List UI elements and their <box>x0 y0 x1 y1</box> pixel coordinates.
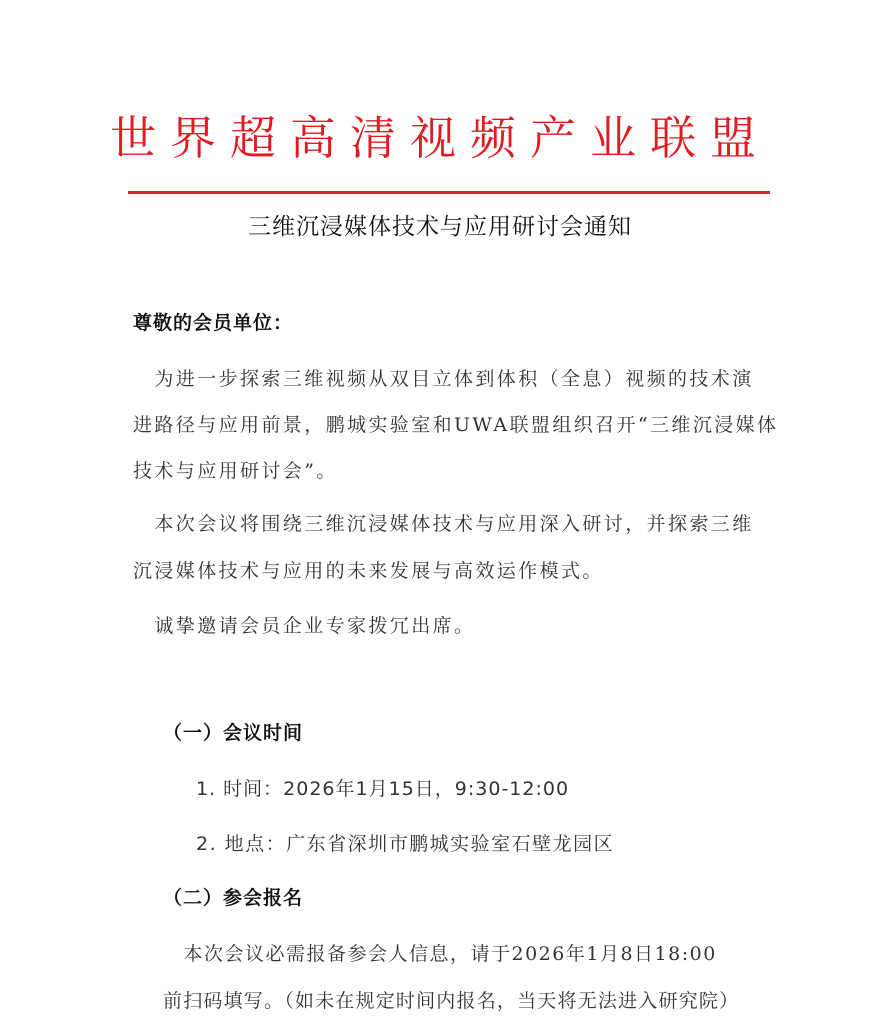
paragraph-3: 诚挚邀请会员企业专家拨冗出席。 <box>133 614 773 638</box>
paragraph-2-line-1: 本次会议将围绕三维沉浸媒体技术与应用深入研讨，并探索三维 <box>133 512 773 536</box>
org-letterhead-title: 世界超高清视频产业联盟 <box>0 108 880 168</box>
paragraph-2-line-2: 沉浸媒体技术与应用的未来发展与高效运作模式。 <box>133 559 773 583</box>
letterhead-divider <box>128 191 770 194</box>
paragraph-1-line-2: 进路径与应用前景，鹏城实验室和UWA联盟组织召开“三维沉浸媒体 <box>133 413 773 437</box>
section-2-heading: （二）参会报名 <box>163 886 803 910</box>
registration-line-2: 前扫码填写。（如未在规定时间内报名，当天将无法进入研究院） <box>163 989 803 1013</box>
meeting-time: 1. 时间：2026年1月15日，9:30-12:00 <box>196 777 836 801</box>
paragraph-1-line-3: 技术与应用研讨会”。 <box>133 459 773 483</box>
paragraph-1-line-1: 为进一步探索三维视频从双目立体到体积（全息）视频的技术演 <box>133 367 773 391</box>
meeting-location: 2. 地点：广东省深圳市鹏城实验室石壁龙园区 <box>196 832 836 856</box>
section-1-heading: （一）会议时间 <box>163 721 803 745</box>
salutation: 尊敬的会员单位： <box>133 311 773 335</box>
notice-title: 三维沉浸媒体技术与应用研讨会通知 <box>0 210 880 244</box>
registration-line-1: 本次会议必需报备参会人信息，请于2026年1月8日18:00 <box>163 942 803 966</box>
